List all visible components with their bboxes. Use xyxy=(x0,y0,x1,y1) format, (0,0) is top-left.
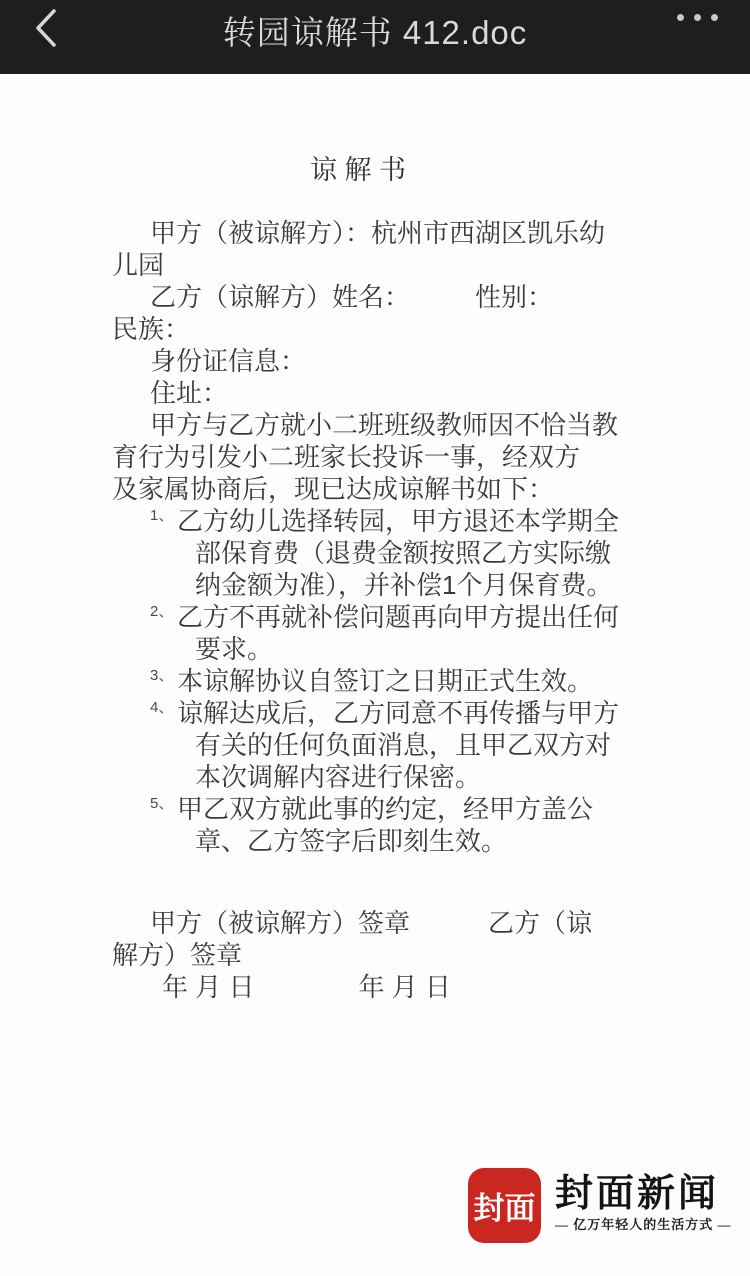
doc-line: 儿园 xyxy=(0,249,750,281)
doc-line: 身份证信息： xyxy=(0,345,750,377)
doc-line: 章、乙方签字后即刻生效。 xyxy=(0,825,750,857)
list-number: 4、 xyxy=(150,692,173,724)
doc-line: 部保育费（退费金额按照乙方实际缴 xyxy=(0,537,750,569)
doc-line: 民族： xyxy=(0,313,750,345)
cover-news-logo-icon: 封面 xyxy=(468,1168,541,1243)
doc-line: 解方）签章 xyxy=(0,939,750,971)
back-icon[interactable] xyxy=(24,4,68,52)
document-title: 谅 解 书 xyxy=(0,74,750,187)
list-number: 3、 xyxy=(150,660,173,692)
cover-news-wordmark: 封面新闻 xyxy=(555,1174,732,1214)
document-body: 甲方（被谅解方）：杭州市西湖区凯乐幼儿园乙方（谅解方）姓名： 性别：民族：身份证… xyxy=(0,217,750,1003)
doc-blank-line xyxy=(0,882,750,907)
list-number: 2、 xyxy=(150,596,173,628)
doc-line: 纳金额为准），并补偿1个月保育费。 xyxy=(0,569,750,601)
doc-line: 有关的任何负面消息，且甲乙双方对 xyxy=(0,729,750,761)
doc-line: 年 月 日 年 月 日 xyxy=(0,971,750,1003)
doc-line: 甲方与乙方就小二班班级教师因不恰当教 xyxy=(0,409,750,441)
doc-line: 甲方（被谅解方）：杭州市西湖区凯乐幼 xyxy=(0,217,750,249)
cover-news-wordmark-block: 封面新闻 — 亿万年轻人的生活方式 — xyxy=(555,1168,732,1233)
list-number: 5、 xyxy=(150,788,173,820)
doc-line: 育行为引发小二班家长投诉一事，经双方 xyxy=(0,441,750,473)
more-options-icon[interactable] xyxy=(677,14,718,21)
doc-line: 1、乙方幼儿选择转园，甲方退还本学期全 xyxy=(0,505,750,537)
app-header: 转园谅解书 412.doc xyxy=(0,0,750,74)
doc-line: 3、本谅解协议自签订之日期正式生效。 xyxy=(0,665,750,697)
doc-line: 住址： xyxy=(0,377,750,409)
dot xyxy=(694,14,701,21)
document-viewer-screen: 转园谅解书 412.doc 谅 解 书 甲方（被谅解方）：杭州市西湖区凯乐幼儿园… xyxy=(0,0,750,1276)
chevron-left-icon xyxy=(35,9,57,47)
cover-news-watermark: 封面 封面新闻 — 亿万年轻人的生活方式 — xyxy=(468,1168,732,1243)
doc-line: 及家属协商后，现已达成谅解书如下： xyxy=(0,473,750,505)
document-page: 谅 解 书 甲方（被谅解方）：杭州市西湖区凯乐幼儿园乙方（谅解方）姓名： 性别：… xyxy=(0,74,750,1276)
doc-line: 2、乙方不再就补偿问题再向甲方提出任何 xyxy=(0,601,750,633)
dot xyxy=(711,14,718,21)
doc-line: 甲方（被谅解方）签章 乙方（谅 xyxy=(0,907,750,939)
doc-line: 要求。 xyxy=(0,633,750,665)
doc-line: 5、甲乙双方就此事的约定，经甲方盖公 xyxy=(0,793,750,825)
doc-blank-line xyxy=(0,857,750,882)
doc-line: 本次调解内容进行保密。 xyxy=(0,761,750,793)
doc-line: 4、谅解达成后，乙方同意不再传播与甲方 xyxy=(0,697,750,729)
dot xyxy=(677,14,684,21)
logo-icon-text: 封面 xyxy=(474,1183,536,1228)
list-number: 1、 xyxy=(150,500,173,532)
cover-news-tagline: — 亿万年轻人的生活方式 — xyxy=(555,1217,732,1233)
doc-line: 乙方（谅解方）姓名： 性别： xyxy=(0,281,750,313)
document-filename: 转园谅解书 412.doc xyxy=(0,7,750,54)
